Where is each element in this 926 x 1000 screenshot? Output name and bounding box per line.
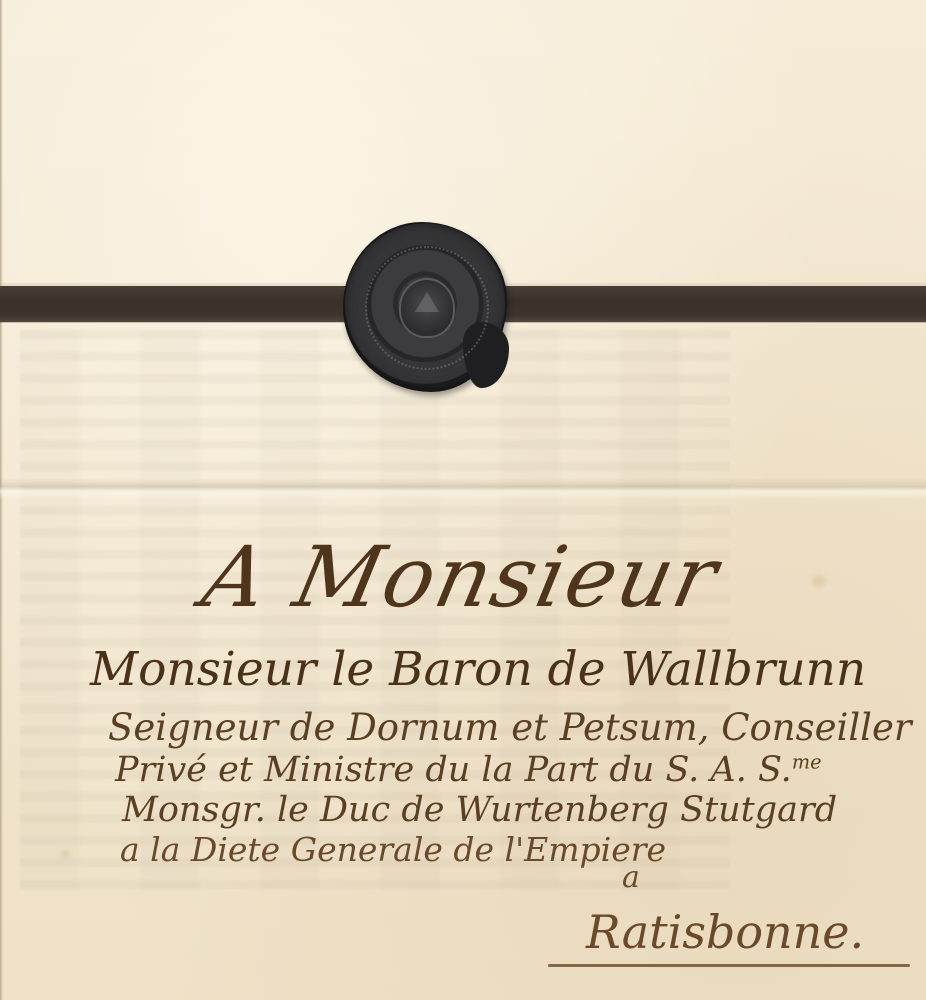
superscript-me: me bbox=[792, 750, 822, 773]
address-line-position-text: Privé et Ministre du la Part du S. A. S. bbox=[115, 750, 792, 790]
city-underline bbox=[548, 964, 910, 967]
handwritten-address: A Monsieur Monsieur le Baron de Wallbrun… bbox=[0, 0, 926, 1000]
address-line-diet: a la Diete Generale de l'Empiere bbox=[120, 830, 666, 869]
letter-cover: A Monsieur Monsieur le Baron de Wallbrun… bbox=[0, 0, 926, 1000]
salutation: A Monsieur bbox=[195, 528, 728, 626]
address-line-city: Ratisbonne. bbox=[586, 905, 864, 959]
address-line-position: Privé et Ministre du la Part du S. A. S.… bbox=[115, 750, 821, 790]
address-line-recipient: Monsieur le Baron de Wallbrunn bbox=[90, 642, 866, 697]
address-line-duke: Monsgr. le Duc de Wurtenberg Stutgard bbox=[122, 790, 837, 830]
address-line-a: a bbox=[622, 860, 640, 895]
address-line-title: Seigneur de Dornum et Petsum, Conseiller bbox=[108, 706, 912, 749]
